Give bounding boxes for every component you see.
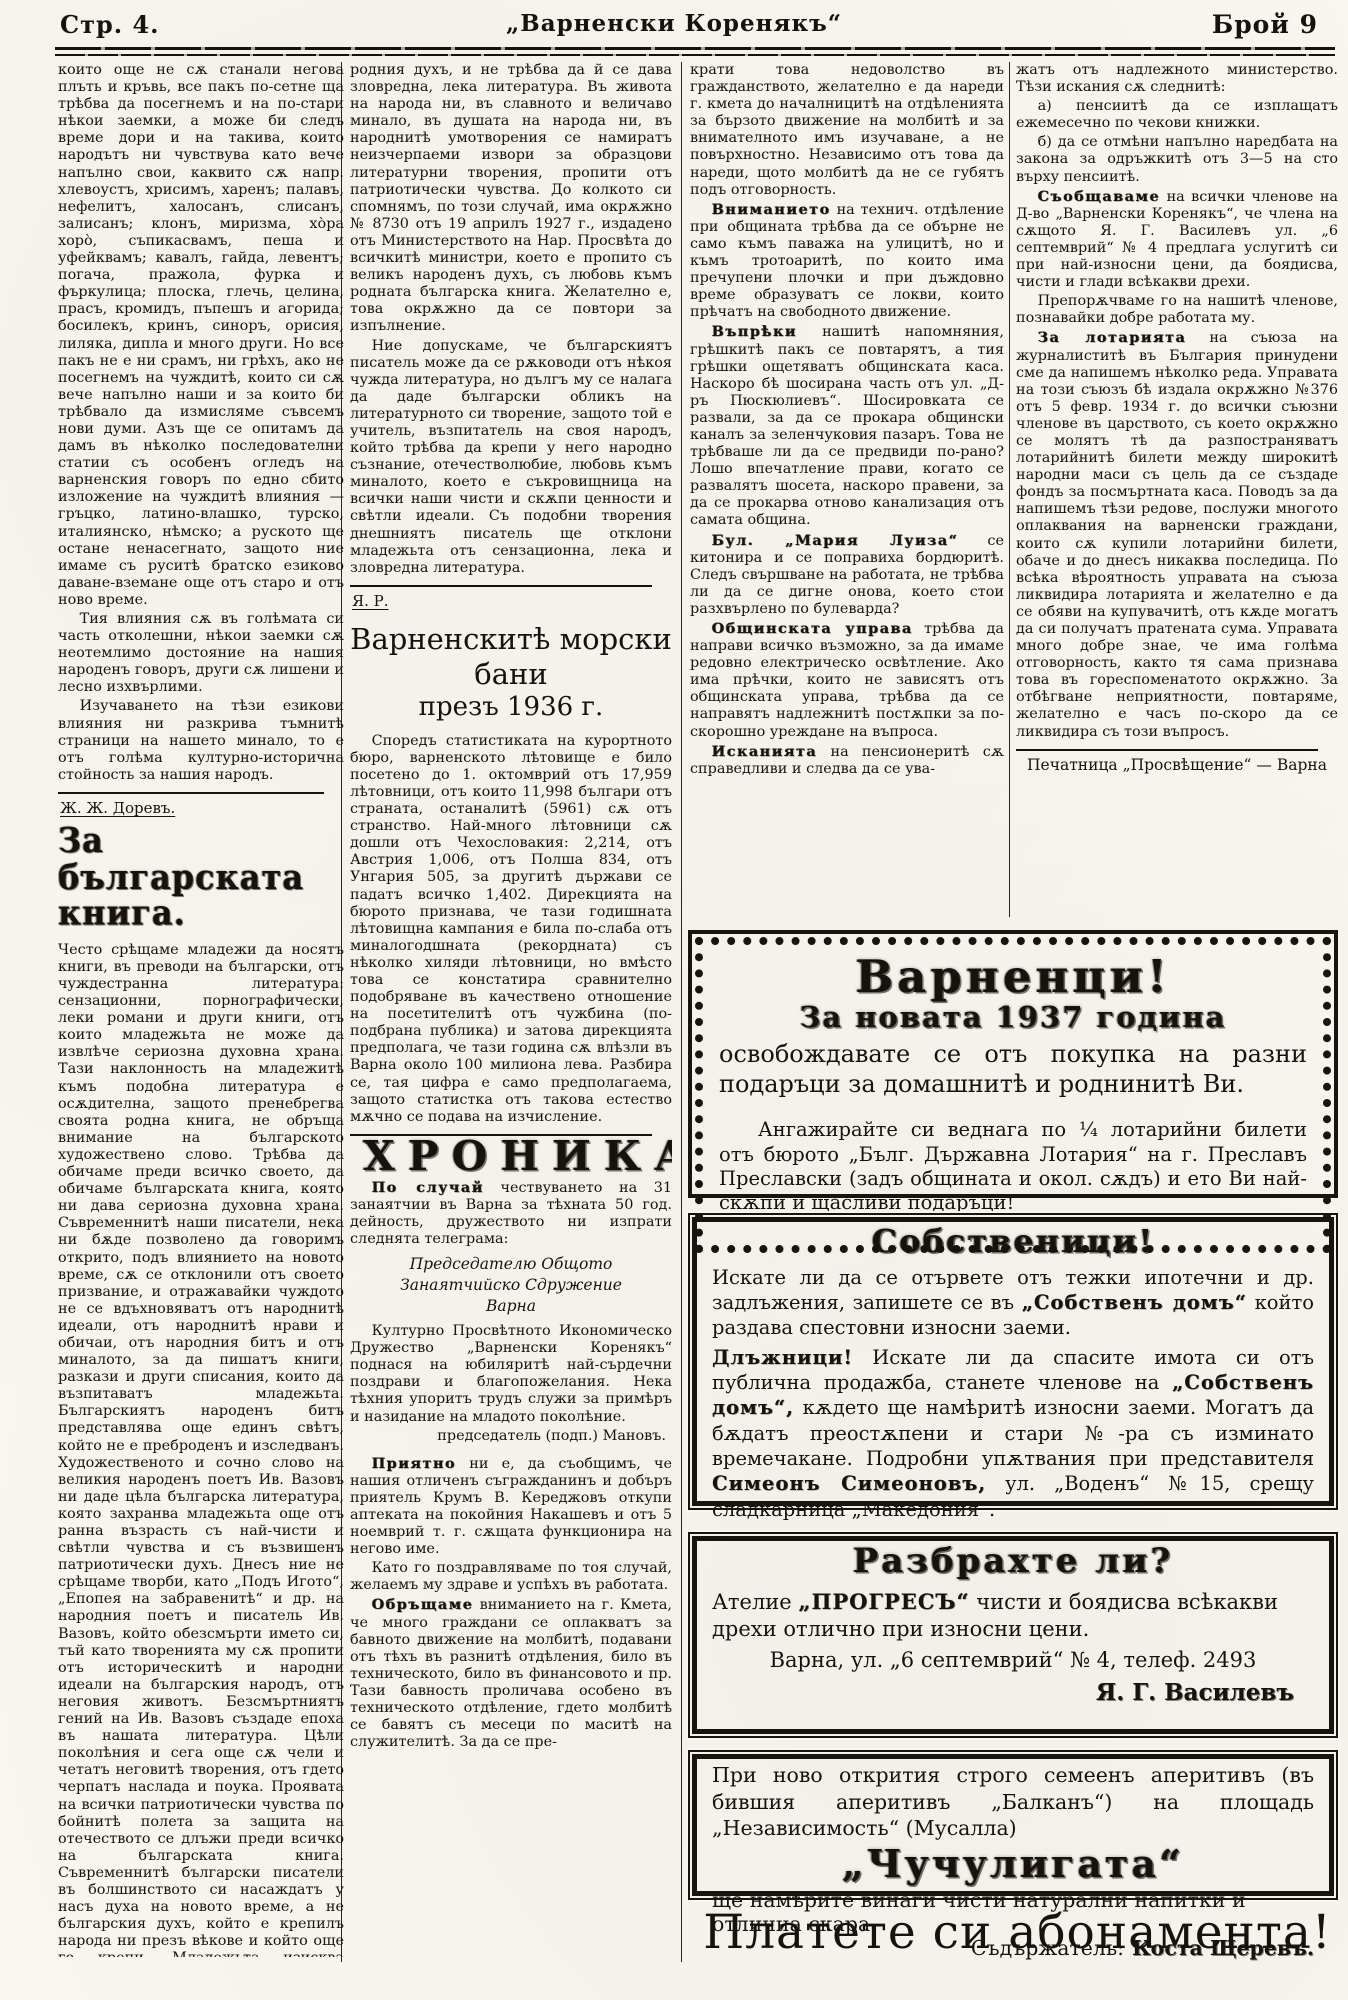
newspaper-page: Стр. 4. „Варненски Коренякъ“ Брой 9 коит… (0, 0, 1348, 2000)
item-lead: Обръщаме (372, 1596, 474, 1613)
item-lead: Приятно (372, 1455, 457, 1472)
subscription-call: Платете си абонамента! (695, 1905, 1340, 1960)
chronicle-item: Като го поздравляваме по тоя случай, жел… (350, 1560, 672, 1594)
telegram-signature: председатель (подп.) Мановъ. (350, 1428, 666, 1445)
article-title-line: презъ 1936 г. (350, 692, 672, 723)
advert-varnenci: Варненци! За новата 1937 година освобожд… (688, 930, 1338, 1198)
item-lead: Съобщаваме (1038, 188, 1161, 205)
chronicle-item: крати това недоволство въ гражданството,… (690, 62, 1004, 199)
column-divider (681, 62, 682, 1962)
article-paragraph: Ние допускаме, че българскиятъ писатель … (350, 338, 672, 577)
chronicle-item: Бул. „Мария Луиза“ се китонира и се попр… (690, 532, 1004, 618)
article-paragraph: Тия влияния сѫ въ голѣмата си часть отко… (58, 611, 344, 696)
advert-varnenci-inner: Варненци! За новата 1937 година освобожд… (695, 937, 1331, 1253)
list-item: а) пенсиитѣ да се изплащатъ ежемесечно п… (1016, 98, 1338, 132)
masthead: „Варненски Коренякъ“ (0, 10, 1348, 37)
article-title: Варненскитѣ морски бани презъ 1936 г. (350, 622, 672, 723)
brand-name: „ПРОГРЕСЪ“ (798, 1589, 969, 1614)
telegram: Председателю Общото Занаятчийско Сдружен… (350, 1254, 672, 1317)
issue-number: Брой 9 (1212, 10, 1318, 39)
article-paragraph: които още не сѫ станали негова плъть и к… (58, 62, 344, 609)
section-rule (350, 585, 652, 587)
masthead-rule-2 (55, 54, 1335, 56)
article-title: За българската книга. (58, 823, 344, 932)
chronicle-item: Културно Просвѣтното Икономическо Дружес… (350, 1323, 672, 1426)
advert-title: Варненци! (719, 953, 1307, 1000)
advert-text: Ателие „ПРОГРЕСЪ“ чисти и боядисва всѣка… (712, 1588, 1314, 1644)
chronicle-item: жатъ отъ надлежното министерство. Тѣзи и… (1016, 62, 1338, 96)
advert-text-part: Ателие (712, 1590, 792, 1614)
advert-text-part: чисти и боядисва всѣкакви дрехи отлично … (712, 1590, 1278, 1641)
advert-text: Ангажирайте си веднага по ¼ лотарийни би… (719, 1118, 1307, 1216)
advert-title: „Чучулигата“ (712, 1844, 1314, 1884)
column-4: жатъ отъ надлежното министерство. Тѣзи и… (1016, 62, 1338, 922)
item-lead: Вниманието (712, 201, 831, 218)
item-text: на технич. отдѣление при общината трѣбва… (690, 202, 1004, 321)
item-text: трѣбва да направи всичко възможно, за да… (690, 621, 1004, 740)
advert-title: Разбрахте ли? (712, 1544, 1314, 1580)
item-text: вниманието на г. Кмета, че много граждан… (350, 1597, 672, 1750)
advert-sub-lead: Длъжници! (712, 1346, 853, 1369)
advert-progres: Разбрахте ли? Ателие „ПРОГРЕСЪ“ чисти и … (688, 1532, 1338, 1738)
telegram-line: Занаятчийско Сдружение (350, 1275, 672, 1296)
chronicle-item: Приятно ни е, да съобщимъ, че нашия отли… (350, 1455, 672, 1559)
advert-chuchuligata: При ново открития строго семеенъ аперити… (688, 1750, 1338, 1900)
chronicle-item: По случай чествуването на 31 занаятчии в… (350, 1179, 672, 1248)
column-2: родния духъ, и не трѣбва да й се дава зл… (350, 62, 672, 1962)
advert-text: При ново открития строго семеенъ аперити… (712, 1762, 1314, 1842)
article-paragraph: Изучаването на тѣзи езикови влияния ни р… (58, 698, 344, 783)
column-1: които още не сѫ станали негова плъть и к… (58, 62, 344, 1957)
advert-sobstvenici: Собственици! Искате ли да се отървете от… (688, 1213, 1338, 1510)
item-lead: Общинската управа (712, 620, 913, 637)
advert-address: Варна, ул. „6 септемврий“ № 4, телеф. 24… (712, 1647, 1314, 1674)
column-3: крати това недоволство въ гражданството,… (690, 62, 1004, 912)
telegram-line: Варна (350, 1296, 672, 1317)
chronicle-title: ХРОНИКА (350, 1148, 672, 1165)
brand-name: „Собственъ домъ“ (1022, 1291, 1247, 1314)
masthead-rule (55, 47, 1335, 50)
section-rule (58, 792, 324, 794)
chronicle-item: Препорѫчваме го на нашитѣ членове, позна… (1016, 293, 1338, 327)
advert-text: Искате ли да се отървете отъ тежки ипоте… (712, 1265, 1314, 1341)
advert-text-part: кѫдето ще намѣритѣ износни заеми. Могатъ… (712, 1396, 1314, 1470)
advert-text: Длъжници! Искате ли да спасите имота си … (712, 1345, 1314, 1522)
article-title-line: Варненскитѣ морски бани (350, 622, 672, 692)
section-rule (1016, 749, 1318, 751)
item-lead: Бул. „Мария Луиза“ (712, 532, 959, 549)
byline: Ж. Ж. Доревъ. (60, 800, 344, 817)
chronicle-item: Общинската управа трѣбва да направи всич… (690, 620, 1004, 741)
chronicle-item: Въпрѣки нашитѣ напомняния, грѣшкитѣ пакъ… (690, 323, 1004, 529)
item-lead: Въпрѣки (712, 323, 797, 340)
advert-subtitle: За новата 1937 година (719, 1002, 1307, 1032)
article-paragraph: Често срѣщаме младежи да носятъ книги, в… (58, 942, 344, 1957)
chronicle-item: Съобщаваме на всички членове на Д-во „Ва… (1016, 188, 1338, 292)
telegram-line: Председателю Общото (350, 1254, 672, 1275)
article-paragraph: родния духъ, и не трѣбва да й се дава зл… (350, 62, 672, 336)
agent-name: Симеонъ Симеоновъ, (712, 1472, 986, 1495)
column-divider (1009, 62, 1010, 917)
advert-text: освобождавате се отъ покупка на разни по… (719, 1039, 1307, 1099)
advert-signature: Я. Г. Василевъ (712, 1679, 1294, 1706)
item-lead: Исканията (712, 743, 818, 760)
chronicle-item: Обръщаме вниманието на г. Кмета, че мног… (350, 1596, 672, 1751)
chronicle-item: Исканията на пенсионеритѣ сѫ справедливи… (690, 743, 1004, 778)
item-lead: За лотарията (1038, 329, 1187, 346)
advert-title: Собственици! (712, 1225, 1314, 1259)
item-text: нашитѣ напомняния, грѣшкитѣ пакъ се повт… (690, 324, 1004, 528)
printer-imprint: Печатница „Просвѣщение“ — Варна (1016, 757, 1338, 774)
chronicle-item: Вниманието на технич. отдѣление при общи… (690, 201, 1004, 322)
byline: Я. Р. (352, 593, 672, 610)
item-lead: По случай (372, 1179, 484, 1196)
article-paragraph: Споредъ статистиката на курортното бюро,… (350, 733, 672, 1126)
list-item: б) да се отмѣни напълно наредбата на зак… (1016, 134, 1338, 185)
item-text: на съюза на журналиститѣ въ България при… (1016, 330, 1338, 739)
chronicle-item: За лотарията на съюза на журналиститѣ въ… (1016, 329, 1338, 740)
